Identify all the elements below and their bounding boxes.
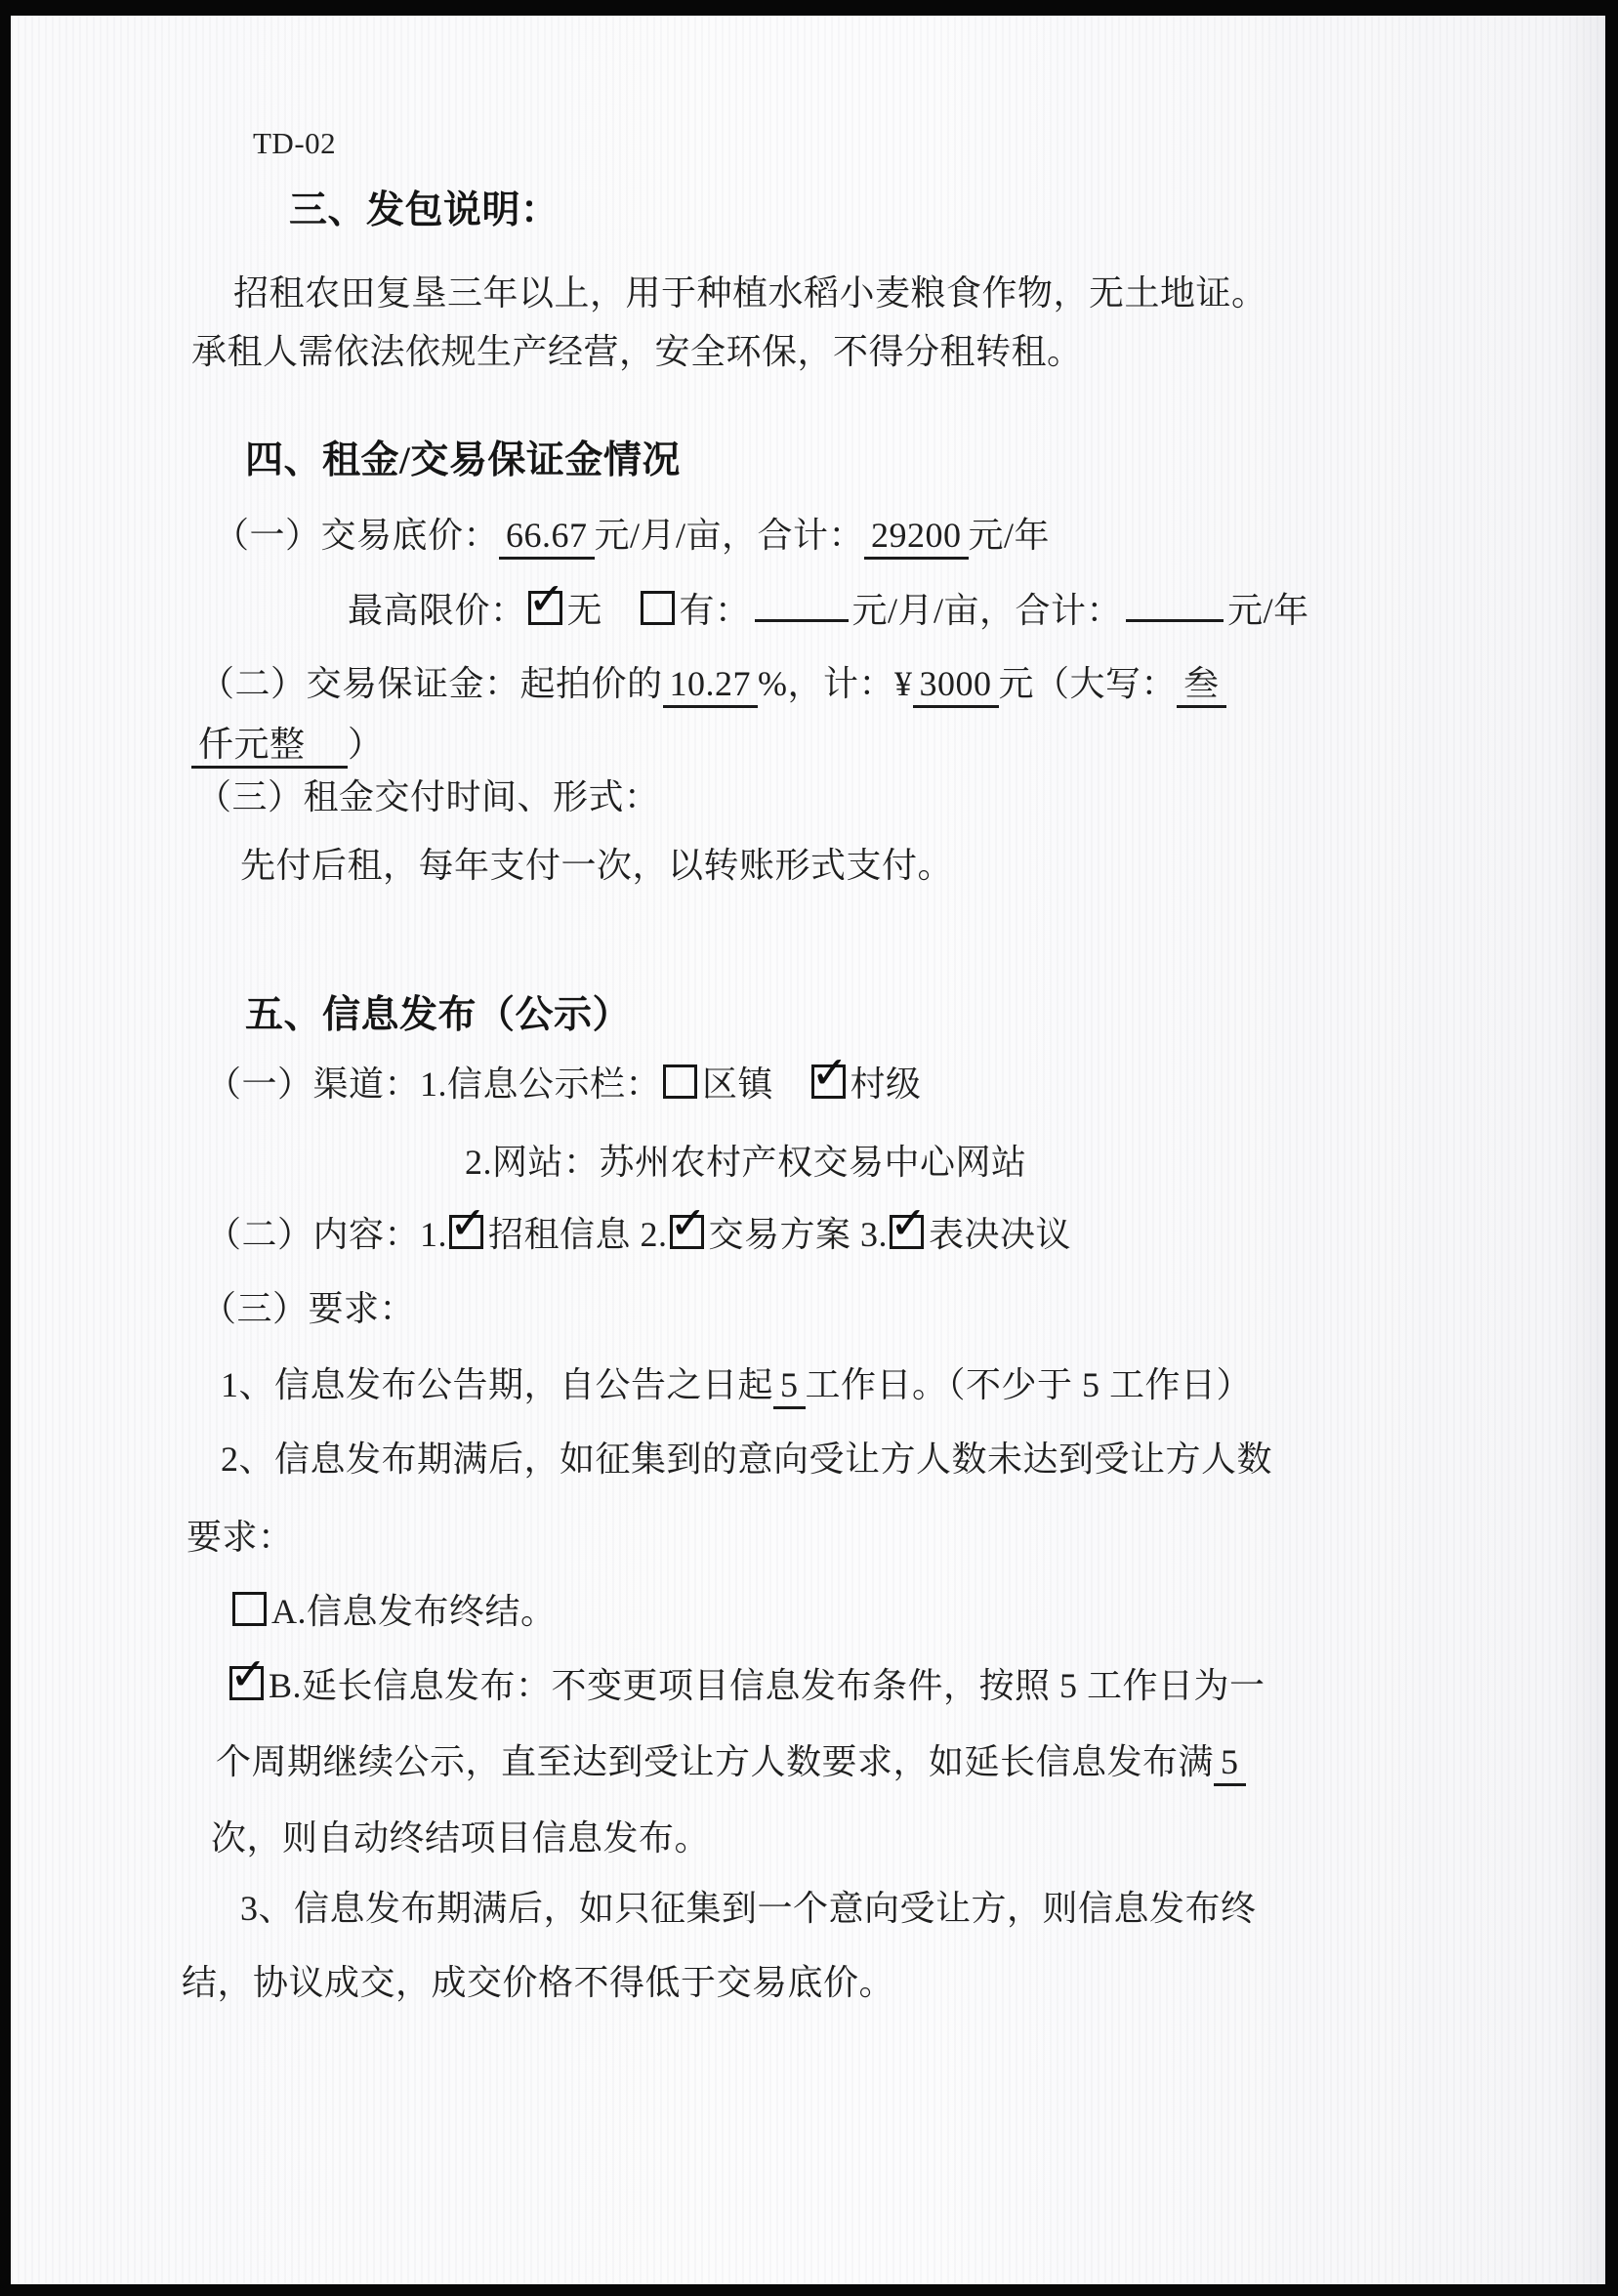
text-run: 五、信息发布（公示） — [245, 994, 631, 1036]
scanned-page-background: { "icons": { "check": "✓" }, "colors": {… — [0, 0, 1618, 2296]
option-b-line-1: ✓B.延长信息发布：不变更项目信息发布条件，按照 5 工作日为一 — [228, 1664, 1265, 1708]
text-run: B.延长信息发布：不变更项目信息发布条件，按照 5 工作日为一 — [269, 1666, 1265, 1705]
text-run: 有： — [680, 591, 751, 630]
filled-value: 5 — [773, 1365, 806, 1409]
text-run: 元/月/亩，合计： — [852, 591, 1123, 630]
check-mark-icon: ✓ — [229, 1651, 268, 1696]
rent-payment-line: 先付后租，每年支付一次，以转账形式支付。 — [240, 844, 953, 888]
filled-value: 5 — [1214, 1742, 1246, 1786]
text-run: 元/年 — [1227, 591, 1309, 630]
text-run: 招租农田复垦三年以上，用于种植水稻小麦粮食作物，无土地证。 — [233, 273, 1267, 313]
text-run: （二）交易保证金：起拍价的 — [199, 664, 663, 703]
checkbox-checked-icon: ✓ — [449, 1215, 483, 1249]
text-run: 元（大写： — [999, 664, 1178, 703]
checkbox-checked-icon: ✓ — [890, 1215, 924, 1249]
text-run: 无 — [567, 591, 639, 630]
text-run: 承租人需依法依规生产经营，安全环保，不得分租转租。 — [191, 332, 1083, 371]
section-3-paragraph-line-1: 招租农田复垦三年以上，用于种植水稻小麦粮食作物，无土地证。 — [233, 271, 1267, 315]
text-run: 个周期继续公示，直至达到受让方人数要求，如延长信息发布满 — [216, 1742, 1214, 1781]
requirement-item-2: 2、信息发布期满后，如征集到的意向受让方人数未达到受让方人数 — [221, 1438, 1272, 1482]
text-run: 表决决议 — [929, 1215, 1071, 1254]
text-run: （一）交易底价： — [214, 516, 499, 555]
filled-value: 29200 — [864, 516, 969, 560]
text-run: 三、发包说明： — [289, 189, 560, 231]
text-run: %，计：¥ — [758, 664, 913, 703]
checkbox-unchecked-icon — [663, 1065, 697, 1099]
blank-field — [755, 584, 849, 622]
form-code: TD-02 — [253, 125, 336, 163]
section-4-heading: 四、租金/交易保证金情况 — [245, 438, 681, 485]
document-page: TD-02三、发包说明：招租农田复垦三年以上，用于种植水稻小麦粮食作物，无土地证… — [11, 16, 1605, 2284]
text-run: （三）要求： — [201, 1289, 415, 1328]
text-run: （三）租金交付时间、形式： — [196, 777, 660, 816]
text-run: 元/年 — [969, 516, 1051, 555]
deposit-line-continued: 仟元整 ） — [191, 723, 384, 767]
text-run: 招租信息 2. — [488, 1215, 668, 1254]
check-mark-icon: ✓ — [811, 1050, 850, 1095]
text-run: ） — [348, 725, 384, 764]
requirement-item-2-continued: 要求： — [187, 1516, 294, 1560]
text-run: 要求： — [187, 1518, 294, 1557]
text-run: A.信息发布终结。 — [271, 1592, 557, 1631]
checkbox-checked-icon: ✓ — [528, 591, 562, 625]
checkbox-checked-icon: ✓ — [811, 1065, 846, 1099]
checkbox-unchecked-icon — [641, 591, 675, 625]
checkbox-unchecked-icon — [232, 1592, 267, 1626]
filled-value: 3000 — [913, 664, 999, 708]
blank-field — [1126, 584, 1224, 622]
text-run: 2.网站：苏州农村产权交易中心网站 — [465, 1143, 1027, 1182]
requirement-item-1: 1、信息发布公告期，自公告之日起5工作日。（不少于 5 工作日） — [221, 1363, 1252, 1407]
requirement-heading: （三）要求： — [201, 1287, 415, 1331]
check-mark-icon: ✓ — [890, 1200, 928, 1245]
filled-value: 叁 — [1177, 664, 1226, 708]
text-run: 3、信息发布期满后，如只征集到一个意向受让方，则信息发布终 — [240, 1889, 1257, 1928]
text-run: 交易方案 3. — [709, 1215, 889, 1254]
check-mark-icon: ✓ — [670, 1200, 708, 1245]
checkbox-checked-icon: ✓ — [670, 1215, 704, 1249]
website-line: 2.网站：苏州农村产权交易中心网站 — [465, 1141, 1027, 1185]
text-run: 四、租金/交易保证金情况 — [245, 439, 681, 481]
text-run: （一）渠道：1.信息公示栏： — [206, 1065, 661, 1104]
max-price-line: 最高限价：✓无 有：元/月/亩，合计：元/年 — [348, 584, 1309, 633]
text-run: 工作日。（不少于 5 工作日） — [806, 1365, 1253, 1404]
section-3-heading: 三、发包说明： — [289, 188, 560, 235]
channel-line: （一）渠道：1.信息公示栏：区镇 ✓村级 — [206, 1063, 922, 1106]
text-run: 最高限价： — [348, 591, 526, 630]
requirement-item-3-continued: 结，协议成交，成交价格不得低于交易底价。 — [182, 1961, 894, 2005]
option-a-line: A.信息发布终结。 — [230, 1590, 557, 1634]
check-mark-icon: ✓ — [449, 1200, 487, 1245]
text-run: 先付后租，每年支付一次，以转账形式支付。 — [240, 846, 953, 885]
text-run: 2、信息发布期满后，如征集到的意向受让方人数未达到受让方人数 — [221, 1440, 1272, 1479]
option-b-line-3: 次，则自动终结项目信息发布。 — [211, 1816, 710, 1860]
text-run: TD-02 — [253, 126, 336, 160]
text-run: 结，协议成交，成交价格不得低于交易底价。 — [182, 1963, 894, 2002]
text-run: 村级 — [850, 1065, 922, 1104]
filled-value: 66.67 — [499, 516, 595, 560]
content-line: （二）内容：1.✓招租信息 2.✓交易方案 3.✓表决决议 — [206, 1213, 1071, 1257]
text-run: （二）内容：1. — [206, 1215, 447, 1254]
section-3-paragraph-line-2: 承租人需依法依规生产经营，安全环保，不得分租转租。 — [191, 330, 1083, 374]
base-price-line: （一）交易底价：66.67元/月/亩，合计：29200元/年 — [214, 514, 1050, 558]
checkbox-checked-icon: ✓ — [229, 1666, 264, 1700]
check-mark-icon: ✓ — [528, 576, 566, 621]
text-run: 次，则自动终结项目信息发布。 — [211, 1818, 710, 1858]
filled-value: 仟元整 — [191, 725, 348, 769]
text-run: 元/月/亩，合计： — [595, 516, 865, 555]
rent-payment-heading: （三）租金交付时间、形式： — [196, 775, 660, 819]
text-run: 1、信息发布公告期，自公告之日起 — [221, 1365, 773, 1404]
section-5-heading: 五、信息发布（公示） — [245, 992, 631, 1040]
text-run: 区镇 — [702, 1065, 809, 1104]
requirement-item-3: 3、信息发布期满后，如只征集到一个意向受让方，则信息发布终 — [240, 1887, 1257, 1931]
deposit-line: （二）交易保证金：起拍价的10.27%，计：¥3000元（大写：叁 — [199, 662, 1226, 706]
option-b-line-2: 个周期继续公示，直至达到受让方人数要求，如延长信息发布满5 — [216, 1740, 1246, 1784]
filled-value: 10.27 — [663, 664, 759, 708]
